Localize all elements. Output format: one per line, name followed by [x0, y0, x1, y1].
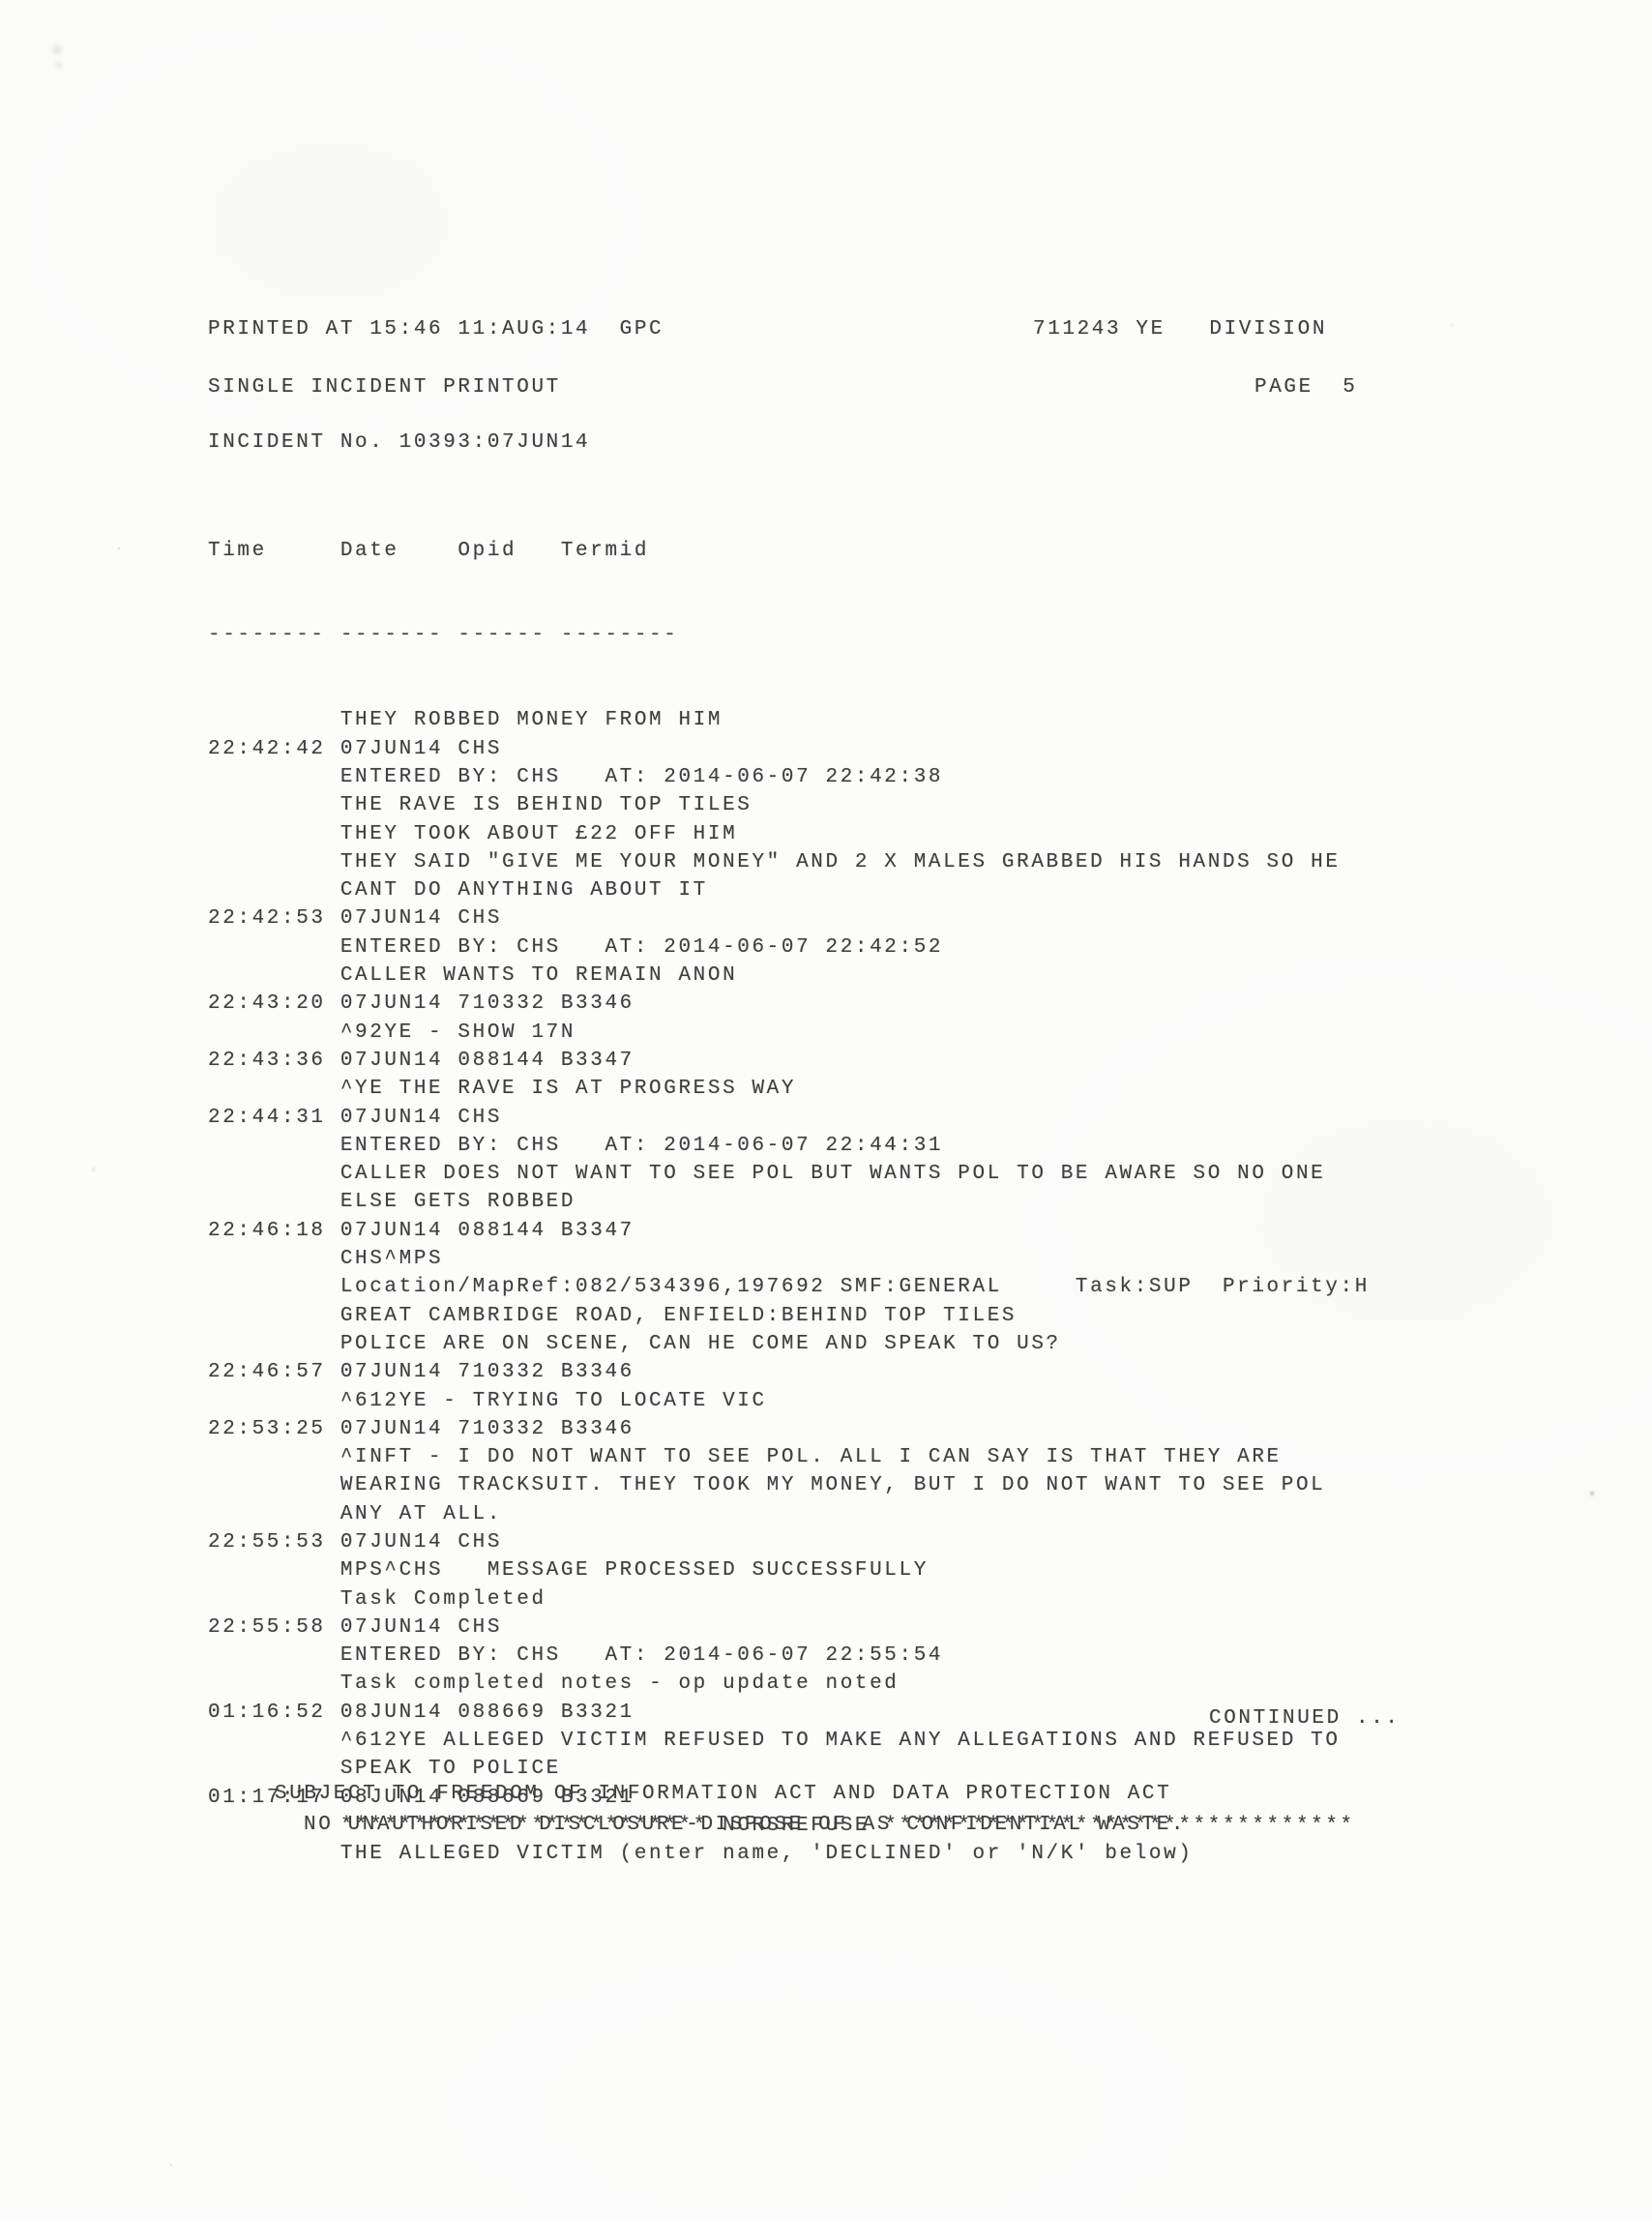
log-line: 22:46:57 07JUN14 710332 B3346	[208, 1358, 1370, 1386]
log-column-headers: Time Date Opid Termid	[208, 537, 1370, 565]
log-line: ^612YE - TRYING TO LOCATE VIC	[208, 1387, 1370, 1415]
log-line: MPS^CHS MESSAGE PROCESSED SUCCESSFULLY	[208, 1556, 1370, 1584]
footer-disclosure-line: NO UNAUTHORISED DISCLOSURE-DISPOSE OF AS…	[304, 1811, 1186, 1839]
log-line: ^YE THE RAVE IS AT PROGRESS WAY	[208, 1075, 1370, 1103]
log-line: ^92YE - SHOW 17N	[208, 1019, 1370, 1047]
log-line: Task completed notes - op update noted	[208, 1670, 1370, 1698]
log-line: 22:44:31 07JUN14 CHS	[208, 1104, 1370, 1132]
page-number: PAGE 5	[1254, 373, 1357, 401]
log-line: 22:55:58 07JUN14 CHS	[208, 1613, 1370, 1642]
log-line: 22:42:42 07JUN14 CHS	[208, 735, 1370, 763]
log-header-separator: -------- ------- ------ --------	[208, 621, 1370, 649]
incident-log: Time Date Opid Termid -------- ------- -…	[208, 480, 1370, 1925]
log-line: ENTERED BY: CHS AT: 2014-06-07 22:55:54	[208, 1642, 1370, 1670]
continued-label: CONTINUED ...	[1209, 1704, 1401, 1732]
log-line: THEY TOOK ABOUT £22 OFF HIM	[208, 820, 1370, 848]
scan-artifacts	[0, 0, 2, 2]
log-lines: THEY ROBBED MONEY FROM HIM22:42:42 07JUN…	[208, 706, 1370, 1868]
log-line: CALLER DOES NOT WANT TO SEE POL BUT WANT…	[208, 1160, 1370, 1188]
log-line: 22:43:36 07JUN14 088144 B3347	[208, 1047, 1370, 1075]
log-line: ENTERED BY: CHS AT: 2014-06-07 22:42:52	[208, 933, 1370, 962]
log-line: ENTERED BY: CHS AT: 2014-06-07 22:44:31	[208, 1132, 1370, 1160]
log-line: ELSE GETS ROBBED	[208, 1188, 1370, 1216]
footer-foia-line: SUBJECT TO FREEDOM OF INFORMATION ACT AN…	[275, 1780, 1171, 1808]
log-line: THEY SAID "GIVE ME YOUR MONEY" AND 2 X M…	[208, 848, 1370, 876]
division-reference: 711243 YE DIVISION	[1033, 315, 1327, 343]
incident-number: INCIDENT No. 10393:07JUN14	[208, 429, 590, 457]
log-line: ANY AT ALL.	[208, 1500, 1370, 1528]
log-line: 22:55:53 07JUN14 CHS	[208, 1528, 1370, 1556]
scanned-incident-printout: PRINTED AT 15:46 11:AUG:14 GPC 711243 YE…	[0, 0, 1652, 2220]
log-line: 01:16:52 08JUN14 088669 B3321	[208, 1699, 1370, 1727]
log-line: Location/MapRef:082/534396,197692 SMF:GE…	[208, 1273, 1370, 1301]
log-line: CANT DO ANYTHING ABOUT IT	[208, 876, 1370, 904]
log-line: 22:42:53 07JUN14 CHS	[208, 904, 1370, 932]
log-line: THE RAVE IS BEHIND TOP TILES	[208, 791, 1370, 819]
log-line: GREAT CAMBRIDGE ROAD, ENFIELD:BEHIND TOP…	[208, 1302, 1370, 1330]
log-line: THE ALLEGED VICTIM (enter name, 'DECLINE…	[208, 1840, 1370, 1868]
log-line: 22:43:20 07JUN14 710332 B3346	[208, 990, 1370, 1018]
log-line: ENTERED BY: CHS AT: 2014-06-07 22:42:38	[208, 763, 1370, 791]
log-line: POLICE ARE ON SCENE, CAN HE COME AND SPE…	[208, 1330, 1370, 1358]
log-line: WEARING TRACKSUIT. THEY TOOK MY MONEY, B…	[208, 1471, 1370, 1499]
log-line: ^INFT - I DO NOT WANT TO SEE POL. ALL I …	[208, 1443, 1370, 1471]
log-line: Task Completed	[208, 1585, 1370, 1613]
log-line: 22:46:18 07JUN14 088144 B3347	[208, 1217, 1370, 1245]
log-line: 22:53:25 07JUN14 710332 B3346	[208, 1415, 1370, 1443]
printed-at-line: PRINTED AT 15:46 11:AUG:14 GPC	[208, 315, 664, 343]
document-title: SINGLE INCIDENT PRINTOUT	[208, 373, 561, 401]
log-line: THEY ROBBED MONEY FROM HIM	[208, 706, 1370, 734]
log-line: ^612YE ALLEGED VICTIM REFUSED TO MAKE AN…	[208, 1727, 1370, 1755]
log-line: CHS^MPS	[208, 1245, 1370, 1273]
log-line: CALLER WANTS TO REMAIN ANON	[208, 962, 1370, 990]
